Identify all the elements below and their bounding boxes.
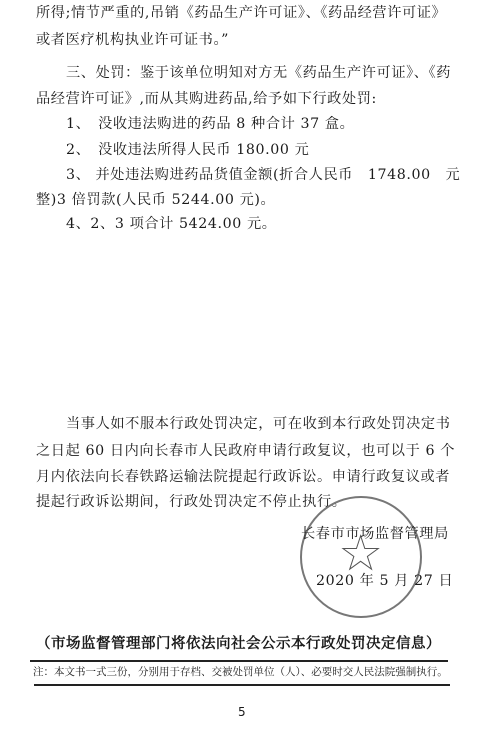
penalty-heading: 三、处罚：鉴于该单位明知对方无《药品生产许可证》、《药	[66, 63, 451, 83]
text-line: 品经营许可证》,而从其购进药品,给予如下行政处罚:	[36, 89, 377, 109]
appeal-paragraph: 之日起 60 日内向长春市人民政府申请行政复议，也可以于 6 个	[36, 441, 455, 461]
divider	[34, 684, 450, 686]
appeal-paragraph: 提起行政诉讼期间，行政处罚决定不停止执行。	[36, 492, 347, 512]
penalty-item: 3、 并处违法购进药品货值金额(折合人民币 1748.00 元	[66, 165, 460, 185]
penalty-item: 整)3 倍罚款(人民币 5244.00 元)。	[36, 190, 275, 210]
official-seal: ★	[300, 496, 422, 618]
issuing-authority: 长春市市场监督管理局	[301, 523, 449, 543]
issue-date: 2020 年 5 月 27 日	[316, 570, 453, 590]
appeal-paragraph: 月内依法向长春铁路运输法院提起行政诉讼。申请行政复议或者	[36, 467, 450, 487]
penalty-item: 4、2、3 项合计 5424.00 元。	[66, 214, 277, 234]
divider	[30, 660, 448, 662]
footnote: 注：本文书一式三份，分别用于存档、交被处罚单位（人）、必要时交人民法院强制执行。	[33, 664, 448, 679]
penalty-item: 1、 没收违法购进的药品 8 种合计 37 盒。	[66, 114, 354, 134]
text-line: 或者医疗机构执业许可证书。”	[36, 30, 229, 50]
penalty-item: 2、 没收违法所得人民币 180.00 元	[66, 140, 309, 160]
page-number: 5	[238, 705, 246, 719]
appeal-paragraph: 当事人如不服本行政处罚决定，可在收到本行政处罚决定书	[66, 414, 450, 434]
text-line: 所得;情节严重的,吊销《药品生产许可证》、《药品经营许可证》	[36, 3, 446, 23]
public-notice: （市场监督管理部门将依法向社会公示本行政处罚决定信息）	[36, 632, 441, 653]
